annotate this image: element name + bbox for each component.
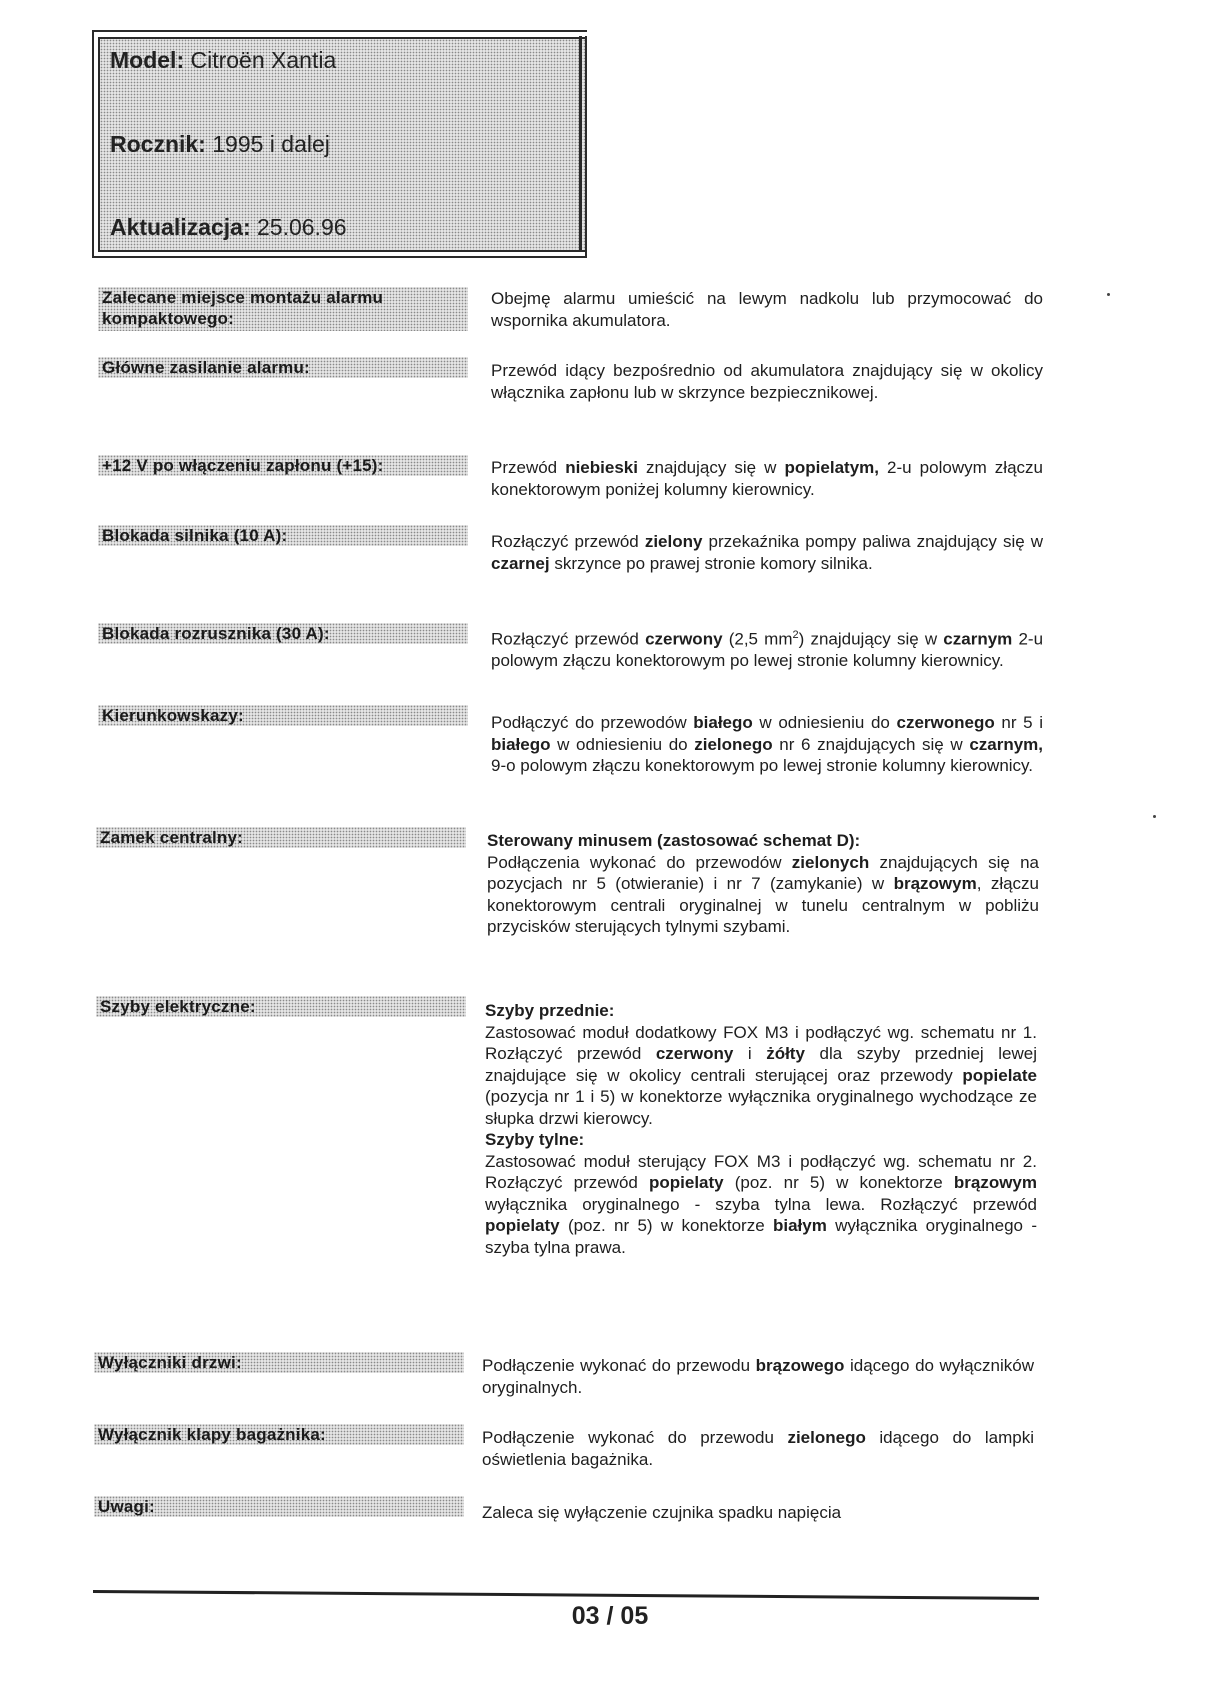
emphasized-wire-color: czerwonego [897,713,995,732]
text-run: znajdujący się w [638,458,785,477]
model-label: Model: [110,47,184,73]
text-main-power: Przewód idący bezpośrednio od akumulator… [491,360,1043,403]
emphasized-wire-color: popielaty [485,1216,560,1235]
label-power-windows: Szyby elektryczne: [96,996,466,1017]
text-run: Zaleca się wyłączenie czujnika spadku na… [482,1503,841,1522]
text-run: w odniesieniu do [753,713,897,732]
update-value: 25.06.96 [257,214,347,240]
text-ignition-12v: Przewód niebieski znajdujący się w popie… [491,457,1043,500]
model-line: Model: Citroën Xantia [110,47,336,74]
update-label: Aktualizacja: [110,214,251,240]
front-windows-body: Zastosować moduł dodatkowy FOX M3 i podł… [485,1023,1037,1128]
rear-windows-subheading: Szyby tylne: [485,1129,1037,1151]
text-run: w odniesieniu do [551,735,695,754]
emphasized-wire-color: czarnym [943,630,1012,649]
label-text: kompaktowego: [102,308,468,329]
emphasized-wire-color: brązowego [756,1356,845,1375]
text-run: Rozłączyć przewód [491,532,645,551]
label-trunk-switch: Wyłącznik klapy bagażnika: [94,1424,464,1445]
label-alarm-location: Zalecane miejsce montażu alarmu kompakto… [98,287,468,331]
emphasized-wire-color: brązowym [894,874,977,893]
text-run: Podłączyć do przewodów [491,713,693,732]
text-run: (poz. nr 5) w konektorze [560,1216,773,1235]
label-turn-signals: Kierunkowskazy: [98,705,468,726]
rear-windows-body: Zastosować moduł sterujący FOX M3 i podł… [485,1152,1037,1257]
text-engine-immobilizer: Rozłączyć przewód zielony przekaźnika po… [491,531,1043,574]
central-lock-subheading: Sterowany minusem (zastosować schemat D)… [487,830,1039,852]
emphasized-wire-color: brązowym [954,1173,1037,1192]
text-turn-signals: Podłączyć do przewodów białego w odniesi… [491,712,1043,777]
label-main-power: Główne zasilanie alarmu: [98,357,468,378]
text-starter-immobilizer: Rozłączyć przewód czerwony (2,5 mm2) zna… [491,625,1043,672]
label-notes: Uwagi: [94,1496,464,1517]
text-run: Podłączenie wykonać do przewodu [482,1428,787,1447]
vehicle-info-panel: Model: Citroën Xantia Rocznik: 1995 i da… [98,37,587,252]
emphasized-wire-color: białego [693,713,753,732]
emphasized-wire-color: zielonego [787,1428,865,1447]
text-run: i [733,1044,766,1063]
text-power-windows: Szyby przednie: Zastosować moduł dodatko… [485,1000,1037,1258]
box-border-line [579,36,582,252]
label-door-switches: Wyłączniki drzwi: [94,1352,464,1373]
emphasized-wire-color: zielonego [694,735,772,754]
emphasized-wire-color: zielony [645,532,703,551]
year-value: 1995 i dalej [212,131,330,157]
emphasized-wire-color: zielonych [792,853,869,872]
year-label: Rocznik: [110,131,206,157]
text-run: wyłącznika oryginalnego - szyba tylna le… [485,1195,1037,1214]
emphasized-wire-color: popielaty [649,1173,724,1192]
label-text: Zalecane miejsce montażu alarmu [102,287,468,308]
text-run: nr 5 i [995,713,1043,732]
text-run: (2,5 mm [723,630,793,649]
text-run: nr 6 znajdujących się w [773,735,970,754]
label-ignition-12v: +12 V po włączeniu zapłonu (+15): [98,455,468,476]
emphasized-wire-color: popielatym, [785,458,879,477]
text-run: Obejmę alarmu umieścić na lewym nadkolu … [491,289,1043,330]
text-run: skrzynce po prawej stronie komory silnik… [550,554,873,573]
emphasized-wire-color: białym [773,1216,827,1235]
text-run: Przewód [491,458,565,477]
emphasized-wire-color: czerwony [645,630,722,649]
emphasized-wire-color: niebieski [565,458,638,477]
text-run: Podłączenie wykonać do przewodu [482,1356,756,1375]
text-trunk-switch: Podłączenie wykonać do przewodu zieloneg… [482,1427,1034,1470]
text-run: ) znajdujący się w [799,630,944,649]
box-border-line [585,36,587,256]
text-run: (pozycja nr 1 i 5) w konektorze wyłączni… [485,1087,1037,1128]
text-run: Rozłączyć przewód [491,630,645,649]
text-door-switches: Podłączenie wykonać do przewodu brązoweg… [482,1355,1034,1398]
model-value: Citroën Xantia [191,47,337,73]
front-windows-subheading: Szyby przednie: [485,1000,1037,1022]
emphasized-wire-color: czerwony [656,1044,733,1063]
text-run: przekaźnika pompy paliwa znajdujący się … [702,532,1043,551]
page-number: 03 / 05 [0,1602,1220,1631]
label-central-lock: Zamek centralny: [96,827,466,848]
year-line: Rocznik: 1995 i dalej [110,131,330,158]
text-run: Podłączenia wykonać do przewodów [487,853,792,872]
emphasized-wire-color: czarnej [491,554,550,573]
update-line: Aktualizacja: 25.06.96 [110,214,347,241]
central-lock-body: Podłączenia wykonać do przewodów zielony… [487,853,1039,937]
scan-artifact [1153,815,1156,818]
text-alarm-location: Obejmę alarmu umieścić na lewym nadkolu … [491,288,1043,331]
emphasized-wire-color: białego [491,735,551,754]
emphasized-wire-color: popielate [962,1066,1037,1085]
emphasized-wire-color: żółty [766,1044,805,1063]
vehicle-info-box: Model: Citroën Xantia Rocznik: 1995 i da… [92,30,587,258]
emphasized-wire-color: czarnym, [969,735,1043,754]
footer-divider [93,1590,1039,1600]
label-starter-immobilizer: Blokada rozrusznika (30 A): [98,623,468,644]
label-engine-immobilizer: Blokada silnika (10 A): [98,525,468,546]
text-notes: Zaleca się wyłączenie czujnika spadku na… [482,1502,1034,1524]
text-run: 9-o polowym złączu konektorowym po lewej… [491,756,1033,775]
text-run: Przewód idący bezpośrednio od akumulator… [491,361,1043,402]
text-run: (poz. nr 5) w konektorze [724,1173,954,1192]
text-central-lock: Sterowany minusem (zastosować schemat D)… [487,830,1039,938]
scan-artifact [1107,293,1110,296]
